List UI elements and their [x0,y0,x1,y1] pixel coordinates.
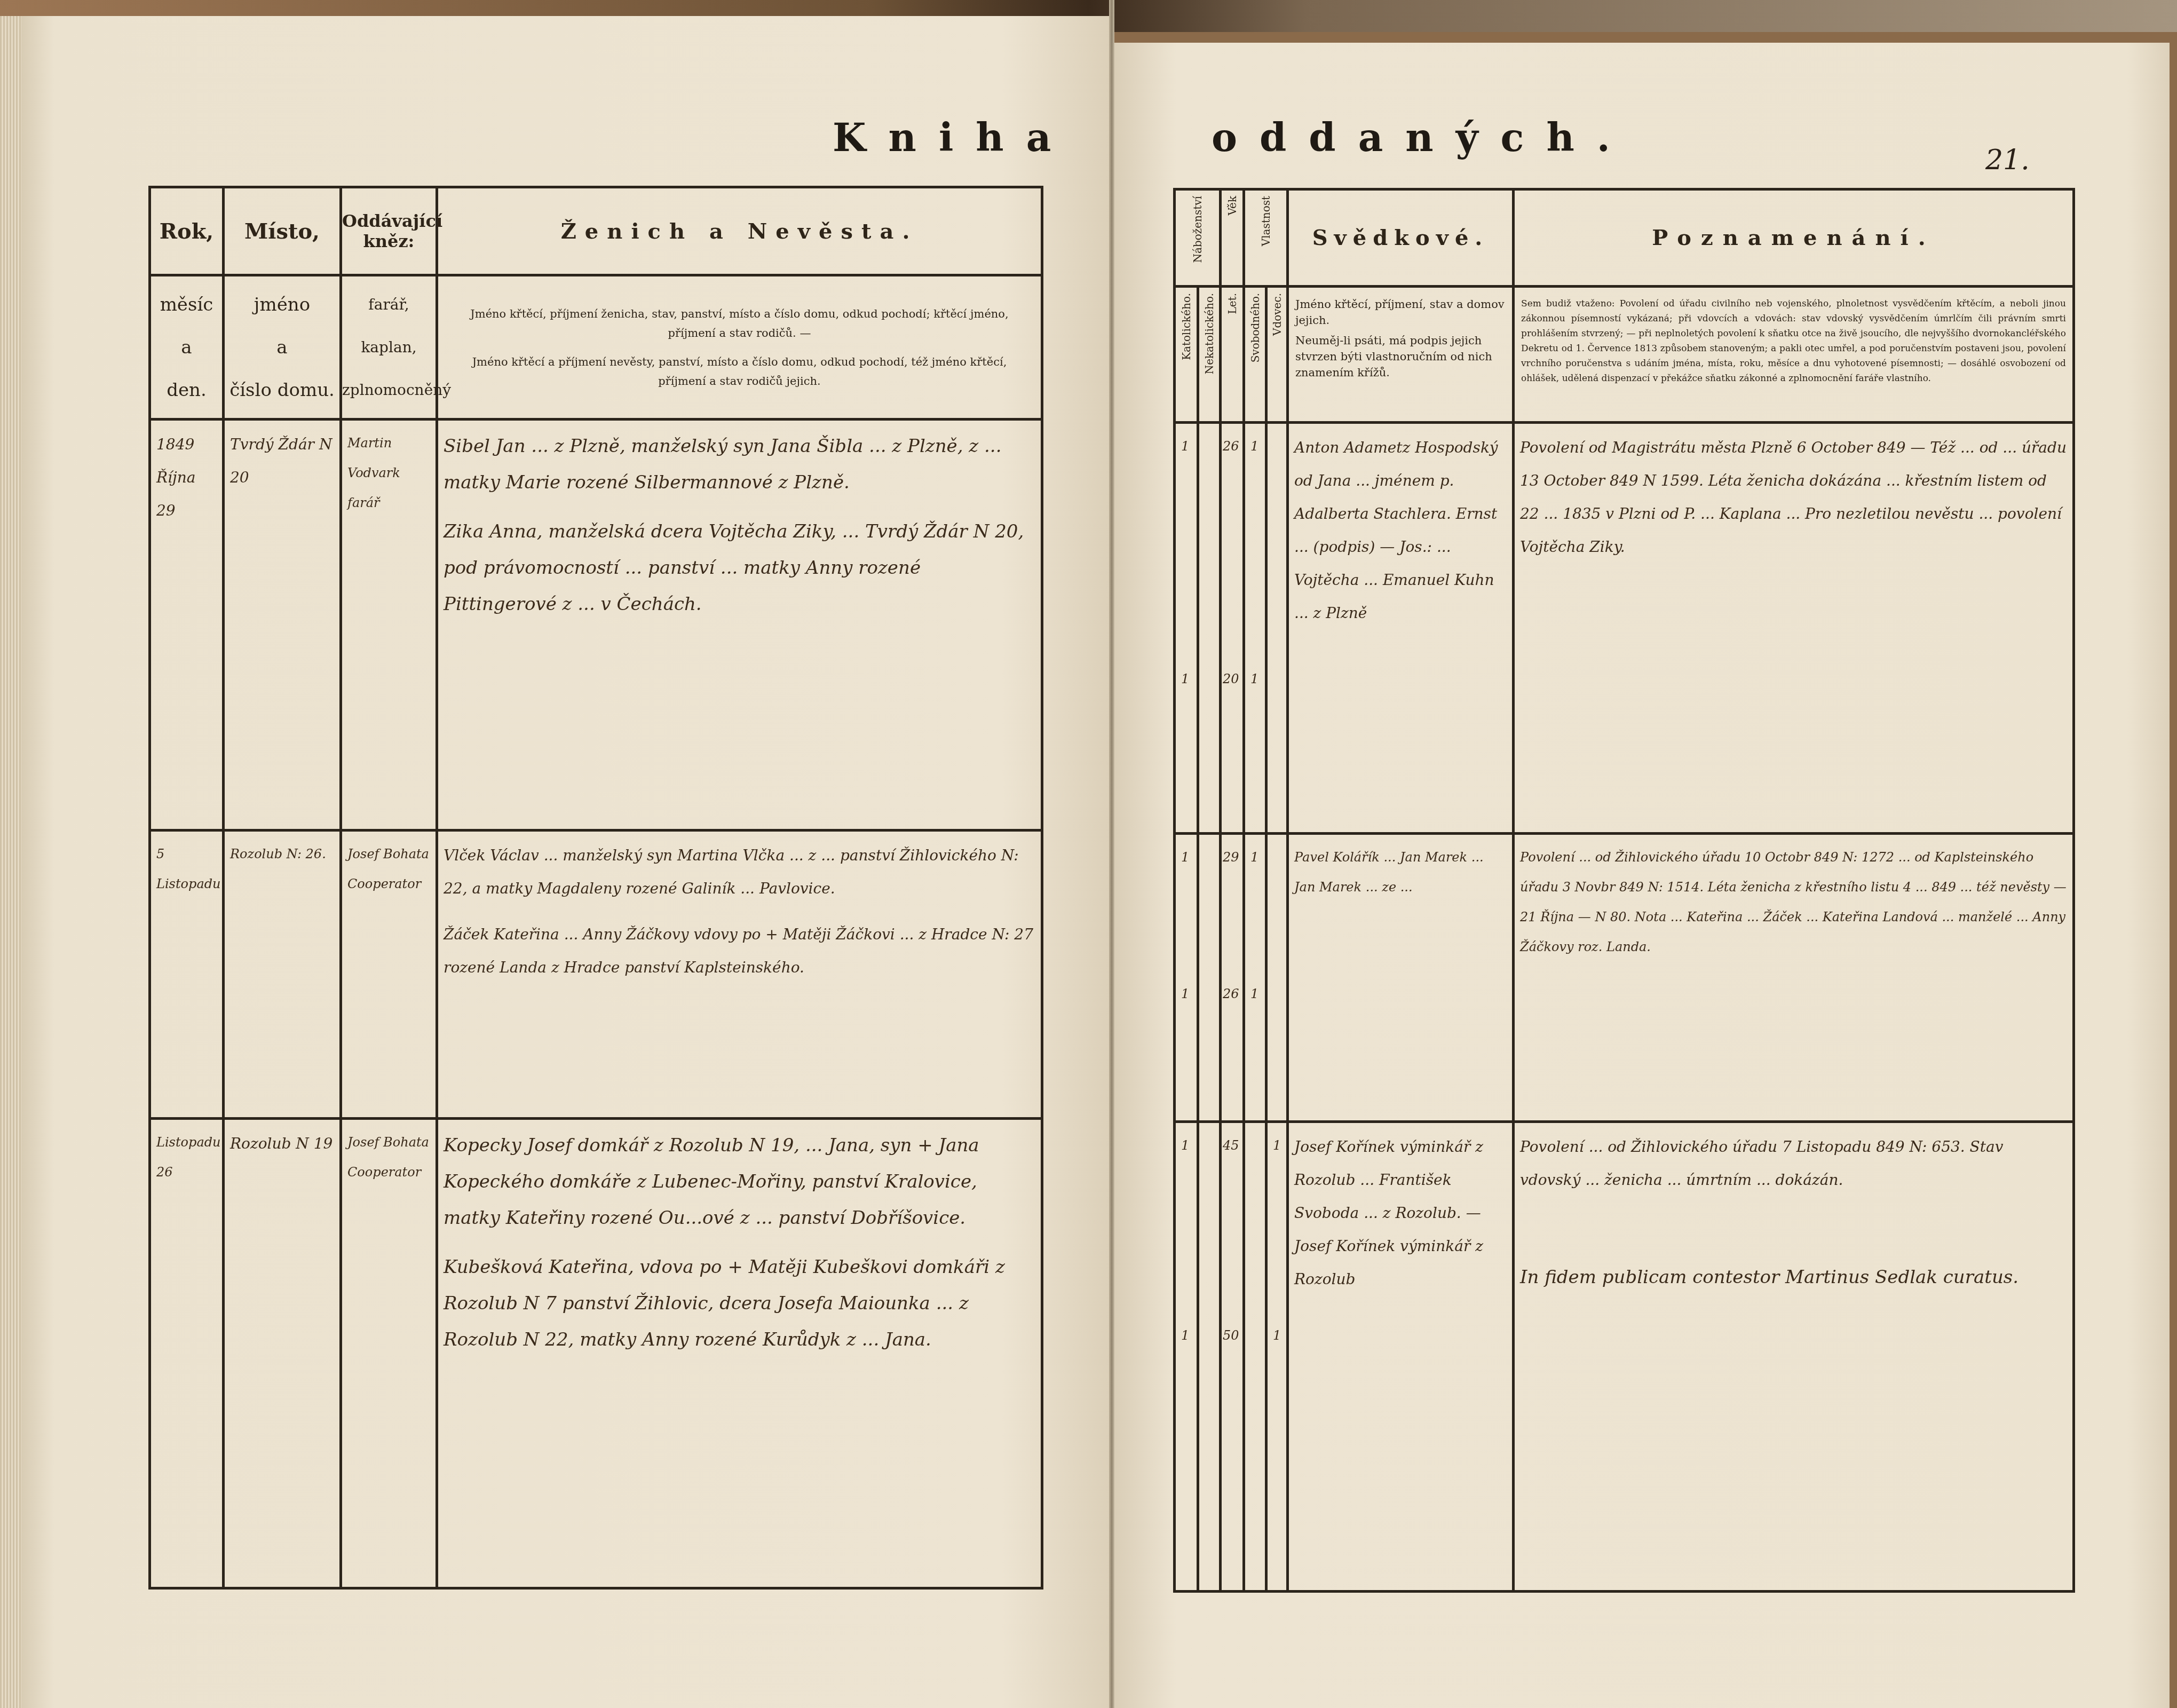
groom-catholic: 1 [1181,431,1191,461]
entry-1-age: 26 20 [1221,423,1244,834]
entry-3-widower: 1 1 [1266,1122,1288,1592]
header-vdovec: Vdovec. [1266,287,1288,423]
right-entry-row-3: 1 1 45 50 1 1 Josef Kořínek výminkář z R… [1175,1122,2074,1592]
label-vlastnost: Vlastnost [1260,196,1272,246]
right-header-row-1: Náboženství Věk Vlastnost Svědkové. Pozn… [1175,189,2074,287]
entry-2-single: 1 1 [1244,834,1266,1122]
title-kniha: Kniha [833,115,1073,160]
bride-age: 20 [1223,664,1241,694]
entry-3-catholic: 1 1 [1175,1122,1198,1592]
groom-single: 1 [1250,431,1260,461]
bride-catholic: 1 [1181,664,1191,694]
label-svobodneho: Svobodného. [1249,293,1262,362]
entry-2-catholic: 1 1 [1175,834,1198,1122]
label-zplnomocneny: zplnomocněný [342,369,436,412]
header-vek: Věk [1221,189,1244,287]
right-entry-row-1: 1 1 26 20 1 1 Anton Adametz Hospodský od… [1175,423,2074,834]
entry-row-3: Listopadu 26 Rozolub N 19 Josef Bohata C… [150,1119,1042,1588]
groom-age: 26 [1223,431,1241,461]
entry-1-couple: Sibel Jan ... z Plzně, manželský syn Jan… [437,420,1042,831]
label-farar: farář, [342,283,436,326]
header-rok: Rok, [150,187,224,275]
bride-age: 26 [1223,979,1241,1009]
entry-1-witnesses: Anton Adametz Hospodský od Jana ... jmén… [1288,423,1514,834]
header-svedkove-desc: Jméno křtěcí, příjmení, stav a domov jej… [1288,287,1514,423]
header-nekatolickeho: Nekatolického. [1198,287,1221,423]
header-misto: Místo, [224,187,341,275]
groom-instructions: Jméno křtěcí, příjmení ženicha, stav, pa… [447,304,1032,343]
entry-1-bride: Zika Anna, manželská dcera Vojtěcha Ziky… [444,513,1035,622]
header-katolickeho: Katolického. [1175,287,1198,423]
groom-catholic: 1 [1181,842,1191,872]
page-edges [0,16,24,1708]
header-knez-sub: farář, kaplan, zplnomocněný [341,275,437,420]
label-katolickeho: Katolického. [1180,293,1193,360]
label-kaplan: kaplan, [342,326,436,369]
entry-2-widower [1266,834,1288,1122]
entry-1-remarks: Povolení od Magistrátu města Plzně 6 Oct… [1514,423,2074,834]
bride-widow: 1 [1273,1320,1281,1350]
label-vdovec: Vdovec. [1271,293,1284,336]
entry-2-noncatholic [1198,834,1221,1122]
entry-1-single: 1 1 [1244,423,1266,834]
label-nekatolickeho: Nekatolického. [1203,293,1216,374]
curate-attestation: In fidem publicam contestor Martinus Sed… [1520,1261,2067,1294]
entry-row-1: 1849 Října 29 Tvrdý Ždár N 20 Martin Vod… [150,420,1042,831]
bride-catholic: 1 [1181,979,1191,1009]
left-ledger-table: Rok, Místo, Oddávající kněz: Ženich a Ne… [148,186,1043,1590]
witness-instructions-2: Neuměj-li psáti, má podpis jejich stvrze… [1295,333,1506,381]
entry-1-noncatholic [1198,423,1221,834]
entry-3-date: Listopadu 26 [150,1119,224,1588]
page-number: 21. [1985,144,2030,176]
header-oddavajici-knez: Oddávající kněz: [341,187,437,275]
label-a: a [151,326,222,369]
entry-2-place: Rozolub N: 26. [224,831,341,1119]
groom-age: 45 [1223,1130,1241,1160]
entry-3-place: Rozolub N 19 [224,1119,341,1588]
title-oddanych: oddaných. [1212,115,1633,160]
label-let: Let. [1226,293,1239,314]
label-cislo-domu: číslo domu. [225,369,339,412]
entry-2-groom: Vlček Václav ... manželský syn Martina V… [444,839,1035,905]
header-misto-sub: jméno a číslo domu. [224,275,341,420]
entry-1-groom: Sibel Jan ... z Plzně, manželský syn Jan… [444,428,1035,501]
entry-3-witnesses: Josef Kořínek výminkář z Rozolub ... Fra… [1288,1122,1514,1592]
label-mesic: měsíc [151,283,222,326]
header-rok-sub: měsíc a den. [150,275,224,420]
header-svedkove: Svědkové. [1288,189,1514,287]
entry-3-bride: Kubešková Kateřina, vdova po + Matěji Ku… [444,1249,1035,1358]
header-zenich-a-nevesta: Ženich a Nevěsta. [437,187,1042,275]
header-poznamenani-desc: Sem budiž vtaženo: Povolení od úřadu civ… [1514,287,2074,423]
groom-age: 29 [1223,842,1241,872]
entry-1-widower [1266,423,1288,834]
bride-catholic: 1 [1181,1320,1191,1350]
bride-age: 50 [1223,1320,1241,1350]
entry-3-groom: Kopecky Josef domkář z Rozolub N 19, ...… [444,1127,1035,1236]
label-den: den. [151,369,222,412]
entry-2-priest: Josef Bohata Cooperator [341,831,437,1119]
header-svobodneho: Svobodného. [1244,287,1266,423]
entry-1-place: Tvrdý Ždár N 20 [224,420,341,831]
entry-3-remarks: Povolení ... od Žihlovického úřadu 7 Lis… [1514,1122,2074,1592]
groom-single: 1 [1250,842,1260,872]
entry-1-catholic: 1 1 [1175,423,1198,834]
right-header-row-2: Katolického. Nekatolického. Let. Svobodn… [1175,287,2074,423]
entry-2-bride: Žáček Kateřina ... Anny Žáčkovy vdovy po… [444,918,1035,984]
label-vek: Věk [1226,196,1239,216]
header-nabozenstvi: Náboženství [1175,189,1221,287]
witness-instructions-1: Jméno křtěcí, příjmení, stav a domov jej… [1295,296,1506,328]
entry-2-date: 5 Listopadu [150,831,224,1119]
entry-3-single [1244,1122,1266,1592]
right-entry-row-2: 1 1 29 26 1 1 Pavel Kolářík ... Jan Mare… [1175,834,2074,1122]
entry-2-age: 29 26 [1221,834,1244,1122]
header-vlastnost: Vlastnost [1244,189,1288,287]
right-ledger-table: Náboženství Věk Vlastnost Svědkové. Pozn… [1173,188,2075,1593]
book-gutter [1109,0,1114,1708]
label-jmeno: jméno [225,283,339,326]
left-header-row-1: Rok, Místo, Oddávající kněz: Ženich a Ne… [150,187,1042,275]
entry-1-date: 1849 Října 29 [150,420,224,831]
entry-2-witnesses: Pavel Kolářík ... Jan Marek ... Jan Mare… [1288,834,1514,1122]
entry-2-remarks: Povolení ... od Žihlovického úřadu 10 Oc… [1514,834,2074,1122]
groom-widower: 1 [1273,1130,1281,1160]
entry-3-noncatholic [1198,1122,1221,1592]
entry-2-couple: Vlček Václav ... manželský syn Martina V… [437,831,1042,1119]
entry-3-age: 45 50 [1221,1122,1244,1592]
left-header-row-2: měsíc a den. jméno a číslo domu. farář, … [150,275,1042,420]
entry-3-priest: Josef Bohata Cooperator [341,1119,437,1588]
header-zenich-desc: Jméno křtěcí, příjmení ženicha, stav, pa… [437,275,1042,420]
entry-3-couple: Kopecky Josef domkář z Rozolub N 19, ...… [437,1119,1042,1588]
bride-instructions: Jméno křtěcí a příjmení nevěsty, panství… [447,352,1032,391]
header-poznamenani: Poznamenání. [1514,189,2074,287]
bride-single: 1 [1250,664,1260,694]
bride-single: 1 [1250,979,1260,1009]
groom-catholic: 1 [1181,1130,1191,1160]
label-a: a [225,326,339,369]
header-let: Let. [1221,287,1244,423]
label-nabozenstvi: Náboženství [1191,196,1204,263]
entry-3-remarks-text: Povolení ... od Žihlovického úřadu 7 Lis… [1520,1130,2067,1197]
entry-row-2: 5 Listopadu Rozolub N: 26. Josef Bohata … [150,831,1042,1119]
entry-1-priest: Martin Vodvark farář [341,420,437,831]
